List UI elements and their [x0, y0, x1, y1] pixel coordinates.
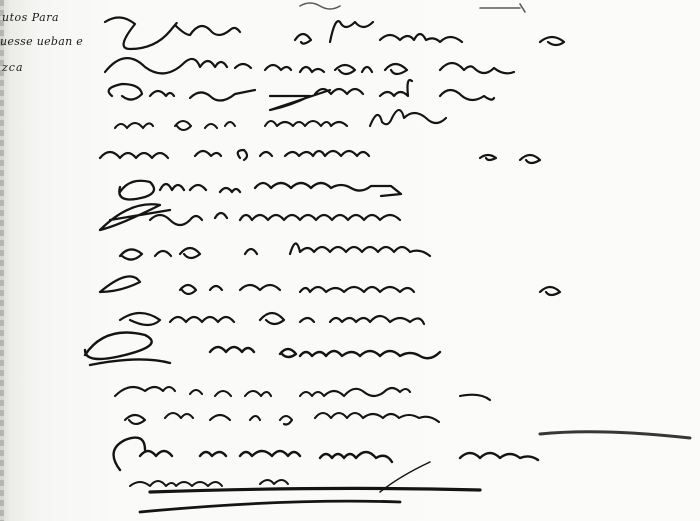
manuscript-page: utos Para uesse ueban e zca [0, 0, 700, 521]
